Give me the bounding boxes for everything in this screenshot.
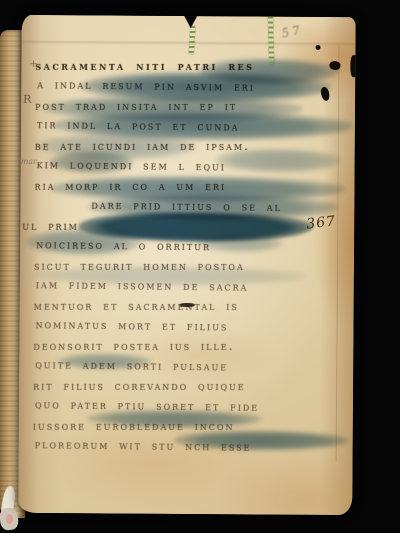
parchment-page: + R mar sacramenta niti patri resa indal… [18, 15, 355, 515]
folio-number: 367 [305, 213, 336, 232]
parchment-notch [184, 15, 198, 28]
manuscript-text-line: nominatus mort et filius [35, 314, 343, 338]
corner-inscription: 57 [280, 23, 304, 41]
underlying-page-edge [6, 514, 13, 524]
censor-ink-smear [49, 151, 134, 174]
manuscript-text-line: rit filius corevando quique [33, 376, 341, 396]
green-thread-stitch-icon [189, 26, 196, 54]
manuscript-photo: + R mar sacramenta niti patri resa indal… [0, 0, 400, 533]
green-thread-stitch-icon [268, 17, 274, 65]
ink-blot [350, 55, 355, 77]
ink-blot [316, 45, 321, 50]
margin-letter-mark: R [23, 93, 31, 106]
ink-blot [180, 303, 195, 307]
